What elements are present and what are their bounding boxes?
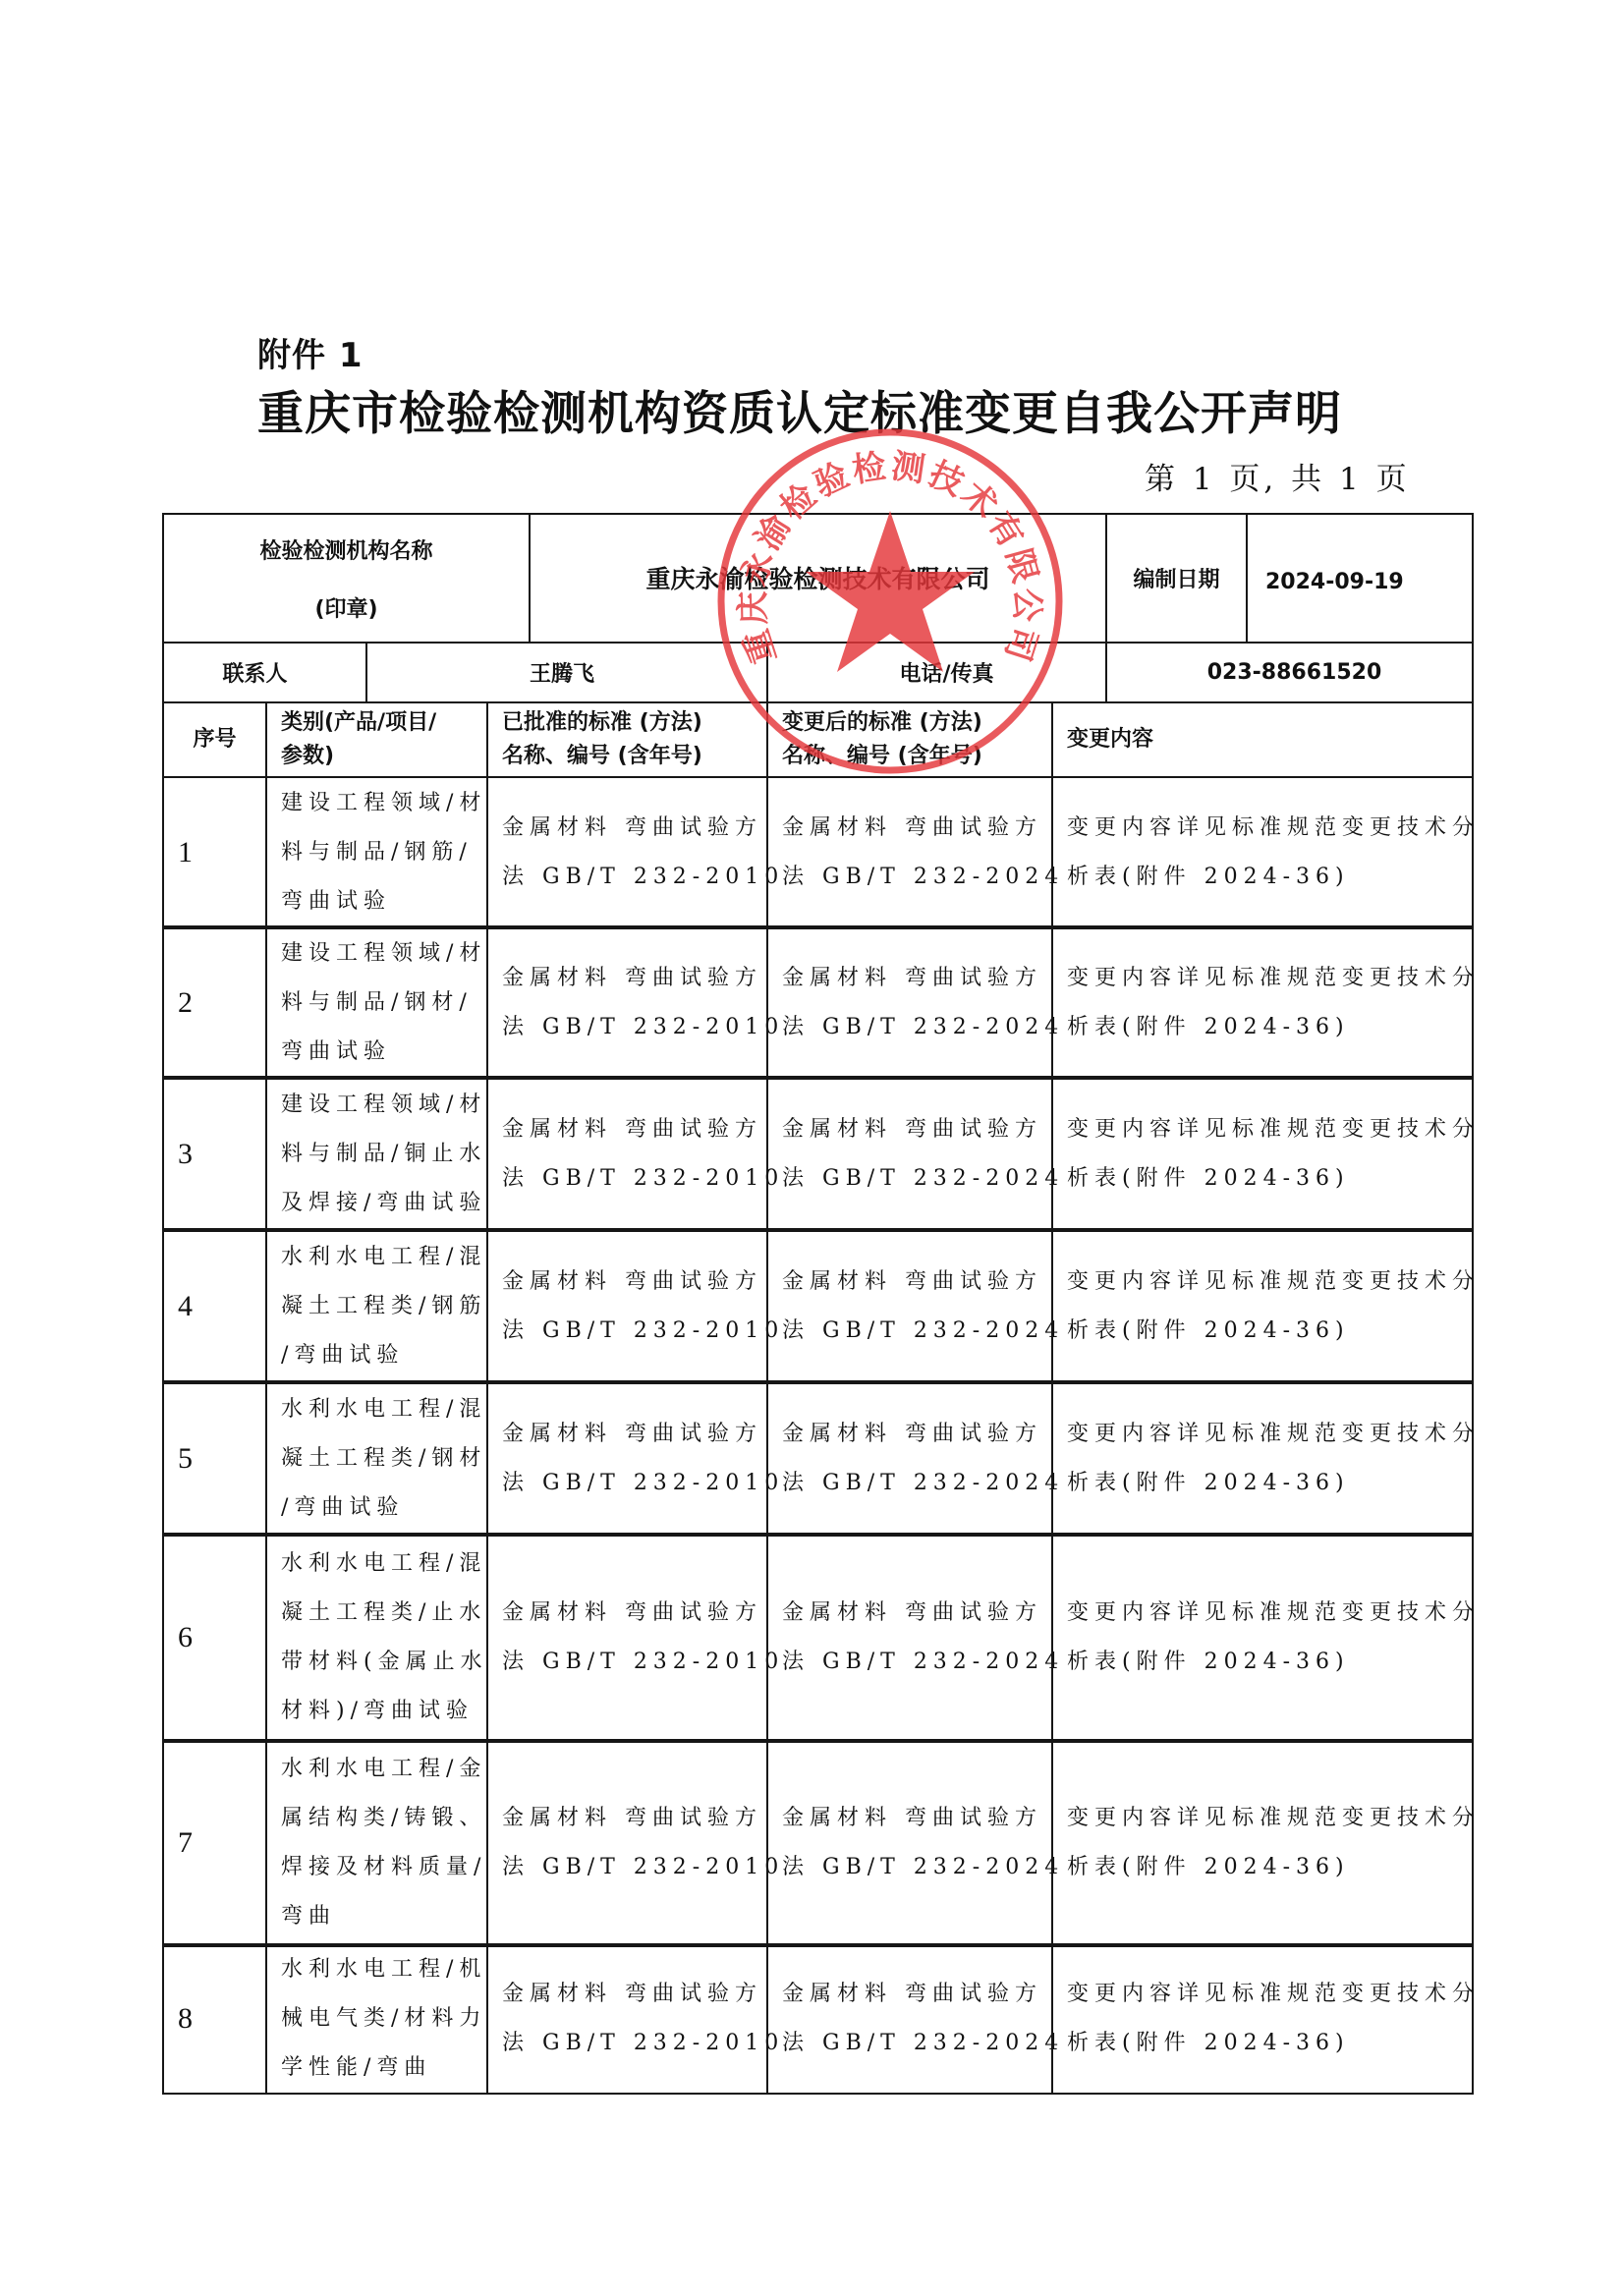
old-standard-cell: 金属材料 弯曲试验方法 GB/T 232-2010 xyxy=(486,1943,768,2095)
category-cell: 建设工程领域/材料与制品/钢材/弯曲试验 xyxy=(265,925,488,1080)
row-number: 5 xyxy=(178,1442,193,1476)
old-standard-cell: 金属材料 弯曲试验方法 GB/T 232-2010 xyxy=(486,1533,768,1743)
page-title: 重庆市检验检测机构资质认定标准变更自我公开声明 xyxy=(257,377,1342,443)
date-label: 编制日期 xyxy=(1133,563,1219,593)
change-content-line: 变更内容详见标准规范变更技术分 xyxy=(1067,1410,1480,1459)
category-line: 料与制品/钢材/ xyxy=(281,979,473,1028)
new-standard-line: 金属材料 弯曲试验方 xyxy=(782,1410,1042,1459)
new-standard-line: 金属材料 弯曲试验方 xyxy=(782,1794,1042,1843)
new-standard-cell: 金属材料 弯曲试验方法 GB/T 232-2024 xyxy=(766,1076,1053,1232)
old-standard-line: 金属材料 弯曲试验方 xyxy=(502,1105,762,1154)
old-standard-line: 金属材料 弯曲试验方 xyxy=(502,1794,762,1843)
column-header-new-standard-line: 名称、编号 (含年号) xyxy=(782,740,982,773)
attachment-label: 附件 1 xyxy=(257,328,364,376)
category-line: 凝土工程类/止水 xyxy=(281,1589,486,1638)
new-standard-cell: 金属材料 弯曲试验方法 GB/T 232-2024 xyxy=(766,1943,1053,2095)
row-number-cell: 4 xyxy=(162,1228,267,1384)
row-number-cell: 8 xyxy=(162,1943,267,2095)
category-line: 凝土工程类/钢筋 xyxy=(281,1282,486,1331)
phone-value-cell: 023-88661520 xyxy=(1105,642,1474,703)
old-standard-cell: 金属材料 弯曲试验方法 GB/T 232-2010 xyxy=(486,776,768,929)
change-content-line: 变更内容详见标准规范变更技术分 xyxy=(1067,1105,1480,1154)
org-name: 重庆永渝检验检测技术有限公司 xyxy=(645,560,989,595)
category-line: 及焊接/弯曲试验 xyxy=(281,1179,486,1228)
category-line: 水利水电工程/混 xyxy=(281,1233,486,1282)
change-content-line: 变更内容详见标准规范变更技术分 xyxy=(1067,1589,1480,1638)
change-content-cell: 变更内容详见标准规范变更技术分析表(附件 2024-36) xyxy=(1051,925,1474,1080)
old-standard-line: 法 GB/T 232-2010 xyxy=(502,1003,784,1052)
row-number: 1 xyxy=(178,836,193,869)
row-number: 4 xyxy=(178,1290,193,1323)
change-content-line: 变更内容详见标准规范变更技术分 xyxy=(1067,1970,1480,2019)
new-standard-line: 法 GB/T 232-2024 xyxy=(782,1459,1064,1508)
category-line: 带材料(金属止水 xyxy=(281,1638,488,1687)
column-header-category-line: 参数) xyxy=(281,740,334,773)
new-standard-line: 法 GB/T 232-2024 xyxy=(782,1154,1064,1203)
row-number-cell: 1 xyxy=(162,776,267,929)
org-name-label: 检验检测机构名称 xyxy=(259,534,432,565)
category-line: 弯曲 xyxy=(281,1892,336,1941)
new-standard-line: 法 GB/T 232-2024 xyxy=(782,2019,1064,2068)
old-standard-cell: 金属材料 弯曲试验方法 GB/T 232-2010 xyxy=(486,1739,768,1947)
change-content-line: 析表(附件 2024-36) xyxy=(1067,2019,1350,2068)
row-number: 3 xyxy=(178,1138,193,1171)
change-content-cell: 变更内容详见标准规范变更技术分析表(附件 2024-36) xyxy=(1051,1533,1474,1743)
phone-value: 023-88661520 xyxy=(1207,660,1382,685)
column-header-change: 变更内容 xyxy=(1051,701,1474,778)
seal-label: (印章) xyxy=(314,592,377,623)
new-standard-line: 法 GB/T 232-2024 xyxy=(782,1843,1064,1892)
old-standard-line: 法 GB/T 232-2010 xyxy=(502,2019,784,2068)
category-line: 弯曲试验 xyxy=(281,877,391,926)
category-line: 水利水电工程/混 xyxy=(281,1539,486,1589)
column-header-change-text: 变更内容 xyxy=(1067,723,1153,756)
old-standard-cell: 金属材料 弯曲试验方法 GB/T 232-2010 xyxy=(486,1076,768,1232)
new-standard-cell: 金属材料 弯曲试验方法 GB/T 232-2024 xyxy=(766,1739,1053,1947)
category-line: 焊接及材料质量/ xyxy=(281,1843,486,1892)
category-line: 水利水电工程/混 xyxy=(281,1385,486,1434)
category-cell: 水利水电工程/混凝土工程类/钢筋/弯曲试验 xyxy=(265,1228,488,1384)
change-content-line: 析表(附件 2024-36) xyxy=(1067,1459,1350,1508)
old-standard-line: 法 GB/T 232-2010 xyxy=(502,1843,784,1892)
category-line: 水利水电工程/金 xyxy=(281,1745,486,1794)
category-line: 弯曲试验 xyxy=(281,1028,391,1077)
category-line: 建设工程领域/材 xyxy=(281,929,486,979)
old-standard-cell: 金属材料 弯曲试验方法 GB/T 232-2010 xyxy=(486,925,768,1080)
category-cell: 水利水电工程/混凝土工程类/止水带材料(金属止水材料)/弯曲试验 xyxy=(265,1533,488,1743)
new-standard-line: 法 GB/T 232-2024 xyxy=(782,1003,1064,1052)
category-line: 建设工程领域/材 xyxy=(281,779,486,828)
category-line: /弯曲试验 xyxy=(281,1331,404,1380)
new-standard-cell: 金属材料 弯曲试验方法 GB/T 232-2024 xyxy=(766,925,1053,1080)
change-content-line: 变更内容详见标准规范变更技术分 xyxy=(1067,1794,1480,1843)
column-header-category-line: 类别(产品/项目/ xyxy=(281,706,436,740)
change-content-cell: 变更内容详见标准规范变更技术分析表(附件 2024-36) xyxy=(1051,1076,1474,1232)
change-content-cell: 变更内容详见标准规范变更技术分析表(附件 2024-36) xyxy=(1051,1739,1474,1947)
new-standard-line: 金属材料 弯曲试验方 xyxy=(782,1589,1042,1638)
contact-name-cell: 王腾飞 xyxy=(365,642,768,703)
new-standard-cell: 金属材料 弯曲试验方法 GB/T 232-2024 xyxy=(766,776,1053,929)
contact-name: 王腾飞 xyxy=(530,657,594,688)
category-cell: 水利水电工程/机械电气类/材料力学性能/弯曲 xyxy=(265,1943,488,2095)
new-standard-cell: 金属材料 弯曲试验方法 GB/T 232-2024 xyxy=(766,1228,1053,1384)
category-line: 凝土工程类/钢材 xyxy=(281,1434,486,1483)
old-standard-line: 法 GB/T 232-2010 xyxy=(502,1459,784,1508)
page-info: 第 1 页, 共 1 页 xyxy=(1145,454,1411,498)
new-standard-line: 金属材料 弯曲试验方 xyxy=(782,804,1042,853)
new-standard-cell: 金属材料 弯曲试验方法 GB/T 232-2024 xyxy=(766,1380,1053,1537)
old-standard-line: 金属材料 弯曲试验方 xyxy=(502,1410,762,1459)
old-standard-line: 金属材料 弯曲试验方 xyxy=(502,1970,762,2019)
new-standard-line: 金属材料 弯曲试验方 xyxy=(782,1970,1042,2019)
change-content-line: 析表(附件 2024-36) xyxy=(1067,1003,1350,1052)
category-line: 建设工程领域/材 xyxy=(281,1081,486,1130)
old-standard-cell: 金属材料 弯曲试验方法 GB/T 232-2010 xyxy=(486,1228,768,1384)
old-standard-line: 法 GB/T 232-2010 xyxy=(502,1154,784,1203)
row-number-cell: 2 xyxy=(162,925,267,1080)
change-content-line: 析表(附件 2024-36) xyxy=(1067,1154,1350,1203)
category-line: 料与制品/钢筋/ xyxy=(281,828,473,877)
old-standard-line: 法 GB/T 232-2010 xyxy=(502,853,784,902)
new-standard-line: 金属材料 弯曲试验方 xyxy=(782,1258,1042,1307)
new-standard-line: 金属材料 弯曲试验方 xyxy=(782,954,1042,1003)
new-standard-line: 法 GB/T 232-2024 xyxy=(782,1307,1064,1356)
old-standard-line: 法 GB/T 232-2010 xyxy=(502,1307,784,1356)
change-content-line: 析表(附件 2024-36) xyxy=(1067,853,1350,902)
row-number: 6 xyxy=(178,1621,193,1654)
category-line: /弯曲试验 xyxy=(281,1483,404,1533)
category-line: 械电气类/材料力 xyxy=(281,1994,486,2043)
row-number: 7 xyxy=(178,1826,193,1860)
change-content-line: 变更内容详见标准规范变更技术分 xyxy=(1067,954,1480,1003)
column-header-old-standard: 已批准的标准 (方法) 名称、编号 (含年号) xyxy=(486,701,768,778)
change-content-line: 析表(附件 2024-36) xyxy=(1067,1843,1350,1892)
row-number-cell: 6 xyxy=(162,1533,267,1743)
date-value-cell: 2024-09-19 xyxy=(1246,513,1474,644)
category-line: 料与制品/铜止水 xyxy=(281,1130,486,1179)
column-header-old-standard-line: 名称、编号 (含年号) xyxy=(502,740,702,773)
old-standard-line: 金属材料 弯曲试验方 xyxy=(502,1589,762,1638)
org-name-label-cell: 检验检测机构名称 (印章) xyxy=(162,513,531,644)
phone-label: 电话/传真 xyxy=(899,657,993,688)
change-content-cell: 变更内容详见标准规范变更技术分析表(附件 2024-36) xyxy=(1051,1228,1474,1384)
date-label-cell: 编制日期 xyxy=(1105,513,1248,644)
row-number: 8 xyxy=(178,2002,193,2036)
new-standard-line: 法 GB/T 232-2024 xyxy=(782,853,1064,902)
contact-label: 联系人 xyxy=(222,657,287,688)
column-header-category: 类别(产品/项目/ 参数) xyxy=(265,701,488,778)
row-number-cell: 3 xyxy=(162,1076,267,1232)
column-header-old-standard-line: 已批准的标准 (方法) xyxy=(502,706,702,740)
change-content-line: 析表(附件 2024-36) xyxy=(1067,1307,1350,1356)
old-standard-line: 金属材料 弯曲试验方 xyxy=(502,1258,762,1307)
old-standard-cell: 金属材料 弯曲试验方法 GB/T 232-2010 xyxy=(486,1380,768,1537)
row-number-cell: 5 xyxy=(162,1380,267,1537)
change-content-line: 变更内容详见标准规范变更技术分 xyxy=(1067,1258,1480,1307)
old-standard-line: 金属材料 弯曲试验方 xyxy=(502,804,762,853)
column-header-no: 序号 xyxy=(162,701,267,778)
change-content-cell: 变更内容详见标准规范变更技术分析表(附件 2024-36) xyxy=(1051,776,1474,929)
phone-label-cell: 电话/传真 xyxy=(766,642,1107,703)
column-header-new-standard-line: 变更后的标准 (方法) xyxy=(782,706,982,740)
change-content-line: 变更内容详见标准规范变更技术分 xyxy=(1067,804,1480,853)
row-number-cell: 7 xyxy=(162,1739,267,1947)
new-standard-line: 金属材料 弯曲试验方 xyxy=(782,1105,1042,1154)
category-cell: 建设工程领域/材料与制品/铜止水及焊接/弯曲试验 xyxy=(265,1076,488,1232)
date-value: 2024-09-19 xyxy=(1265,570,1404,594)
change-content-line: 析表(附件 2024-36) xyxy=(1067,1638,1350,1687)
change-content-cell: 变更内容详见标准规范变更技术分析表(附件 2024-36) xyxy=(1051,1380,1474,1537)
category-line: 水利水电工程/机 xyxy=(281,1945,486,1994)
row-number: 2 xyxy=(178,986,193,1020)
category-line: 学性能/弯曲 xyxy=(281,2043,431,2093)
org-name-cell: 重庆永渝检验检测技术有限公司 xyxy=(529,513,1107,644)
column-header-no-text: 序号 xyxy=(193,723,236,756)
old-standard-line: 法 GB/T 232-2010 xyxy=(502,1638,784,1687)
column-header-new-standard: 变更后的标准 (方法) 名称、编号 (含年号) xyxy=(766,701,1053,778)
change-content-cell: 变更内容详见标准规范变更技术分析表(附件 2024-36) xyxy=(1051,1943,1474,2095)
category-cell: 水利水电工程/混凝土工程类/钢材/弯曲试验 xyxy=(265,1380,488,1537)
old-standard-line: 金属材料 弯曲试验方 xyxy=(502,954,762,1003)
category-cell: 水利水电工程/金属结构类/铸锻、焊接及材料质量/弯曲 xyxy=(265,1739,488,1947)
contact-label-cell: 联系人 xyxy=(162,642,367,703)
new-standard-line: 法 GB/T 232-2024 xyxy=(782,1638,1064,1687)
new-standard-cell: 金属材料 弯曲试验方法 GB/T 232-2024 xyxy=(766,1533,1053,1743)
category-cell: 建设工程领域/材料与制品/钢筋/弯曲试验 xyxy=(265,776,488,929)
category-line: 材料)/弯曲试验 xyxy=(281,1687,474,1736)
category-line: 属结构类/铸锻、 xyxy=(281,1794,486,1843)
